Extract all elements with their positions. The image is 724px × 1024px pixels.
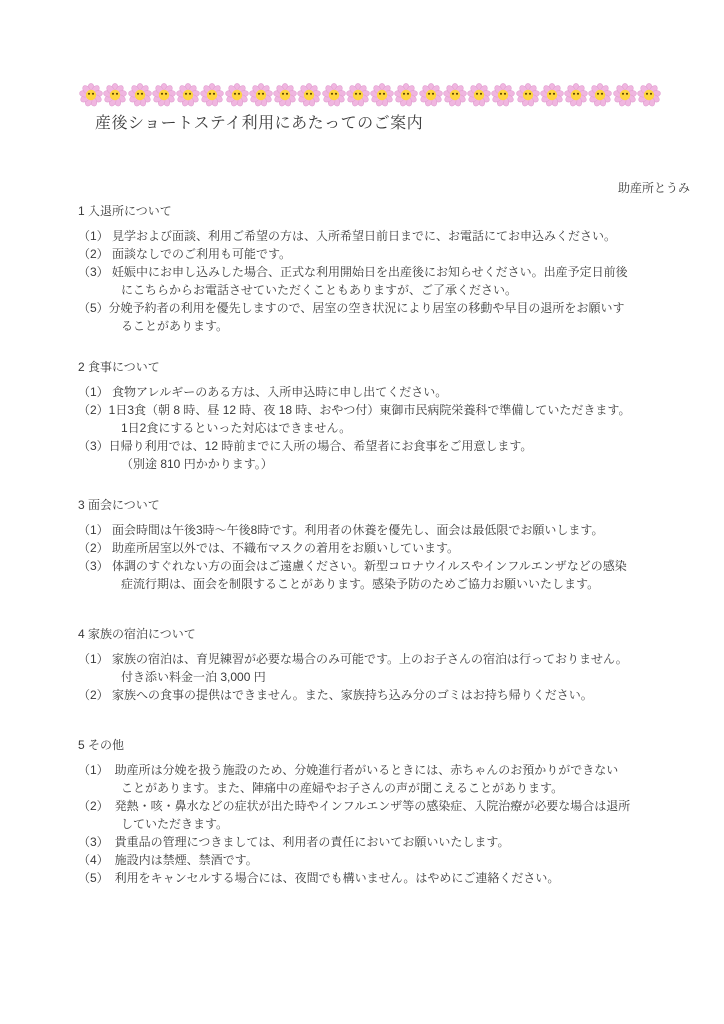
section-heading: 4 家族の宿泊について [78, 625, 630, 643]
list-item: （5） 利用をキャンセルする場合には、夜間でも構いません。はやめにご連絡ください… [78, 869, 630, 887]
list-item: （2） 家族への食事の提供はできません。また、家族持ち込み分のゴミはお持ち帰りく… [78, 686, 630, 704]
document-page: 産後ショートステイ利用にあたってのご案内 助産所とうみ 1 入退所について（1）… [0, 0, 724, 1024]
list-item-line: （1） 助産所は分娩を扱う施設のため、分娩進行者がいるときには、赤ちゃんのお預か… [78, 761, 630, 779]
list-item-line: （1） 家族の宿泊は、育児練習が必要な場合のみ可能です。上のお子さんの宿泊は行っ… [78, 650, 630, 668]
list-item: （1） 助産所は分娩を扱う施設のため、分娩進行者がいるときには、赤ちゃんのお預か… [78, 761, 630, 797]
list-item: （3） 貴重品の管理につきましては、利用者の責任においてお願いいたします。 [78, 833, 630, 851]
list-item-line: （2） 面談なしでのご利用も可能です。 [78, 245, 630, 263]
flower-icon [564, 82, 588, 108]
list-item: （1） 面会時間は午後3時～午後8時です。利用者の休養を優先し、面会は最低限でお… [78, 521, 630, 539]
section-heading: 3 面会について [78, 496, 630, 514]
list-item-line: していただきます。 [78, 815, 630, 833]
flower-icon [394, 82, 418, 108]
flower-icon [346, 82, 370, 108]
list-item-line: 1日2食にするといった対応はできません。 [78, 419, 630, 437]
organization-name: 助産所とうみ [618, 179, 690, 196]
flower-icon [297, 82, 321, 108]
flower-icon [176, 82, 200, 108]
flower-icon [516, 82, 540, 108]
flower-icon [637, 82, 661, 108]
section: 1 入退所について（1） 見学および面談、利用ご希望の方は、入所希望日前日までに… [78, 202, 630, 335]
section-heading: 2 食事について [78, 358, 630, 376]
list-item-line: 症流行期は、面会を制限することがあります。感染予防のためご協力お願いいたします。 [78, 575, 630, 593]
flower-icon [249, 82, 273, 108]
list-item-line: （1） 見学および面談、利用ご希望の方は、入所希望日前日までに、お電話にてお申込… [78, 227, 630, 245]
flower-icon [419, 82, 443, 108]
flower-icon [273, 82, 297, 108]
list-item-line: ことがあります。また、陣痛中の産婦やお子さんの声が聞こえることがあります。 [78, 779, 630, 797]
list-item-line: （2） 家族への食事の提供はできません。また、家族持ち込み分のゴミはお持ち帰りく… [78, 686, 630, 704]
flower-icon [370, 82, 394, 108]
list-item-line: （2） 発熱・咳・鼻水などの症状が出た時やインフルエンザ等の感染症、入院治療が必… [78, 797, 630, 815]
list-item: （3）日帰り利用では、12 時前までに入所の場合、希望者にお食事をご用意します。… [78, 437, 630, 473]
flower-icon [613, 82, 637, 108]
flower-icon [128, 82, 152, 108]
list-item-line: にこちらからお電話させていただくこともありますが、ご了承ください。 [78, 281, 630, 299]
list-item-line: （3） 妊娠中にお申し込みした場合、正式な利用開始日を出産後にお知らせください。… [78, 263, 630, 281]
list-item-line: （1） 食物アレルギーのある方は、入所申込時に申し出てください。 [78, 383, 630, 401]
list-item: （3） 体調のすぐれない方の面会はご遠慮ください。新型コロナウイルスやインフルエ… [78, 557, 630, 593]
flower-icon [491, 82, 515, 108]
document-body: 1 入退所について（1） 見学および面談、利用ご希望の方は、入所希望日前日までに… [78, 202, 630, 887]
list-item: （3） 妊娠中にお申し込みした場合、正式な利用開始日を出産後にお知らせください。… [78, 263, 630, 299]
section: 4 家族の宿泊について（1） 家族の宿泊は、育児練習が必要な場合のみ可能です。上… [78, 625, 630, 704]
list-item: （2） 発熱・咳・鼻水などの症状が出た時やインフルエンザ等の感染症、入院治療が必… [78, 797, 630, 833]
list-item: （1） 家族の宿泊は、育児練習が必要な場合のみ可能です。上のお子さんの宿泊は行っ… [78, 650, 630, 686]
list-item: （1） 食物アレルギーのある方は、入所申込時に申し出てください。 [78, 383, 630, 401]
flower-icon [443, 82, 467, 108]
flower-icon [200, 82, 224, 108]
list-item-line: （5） 利用をキャンセルする場合には、夜間でも構いません。はやめにご連絡ください… [78, 869, 630, 887]
flower-icon [322, 82, 346, 108]
list-item: （2）1日3食（朝 8 時、昼 12 時、夜 18 時、おやつ付）東御市民病院栄… [78, 401, 630, 437]
flower-icon [79, 82, 103, 108]
list-item-line: （3）日帰り利用では、12 時前までに入所の場合、希望者にお食事をご用意します。 [78, 437, 630, 455]
doc-title: 産後ショートステイ利用にあたってのご案内 [95, 110, 423, 133]
flower-icon [588, 82, 612, 108]
section: 5 その他（1） 助産所は分娩を扱う施設のため、分娩進行者がいるときには、赤ちゃ… [78, 736, 630, 887]
section-heading: 5 その他 [78, 736, 630, 754]
list-item: （1） 見学および面談、利用ご希望の方は、入所希望日前日までに、お電話にてお申込… [78, 227, 630, 245]
flower-icon [540, 82, 564, 108]
list-item: （5）分娩予約者の利用を優先しますので、居室の空き状況により居室の移動や早目の退… [78, 299, 630, 335]
list-item-line: （3） 体調のすぐれない方の面会はご遠慮ください。新型コロナウイルスやインフルエ… [78, 557, 630, 575]
list-item: （2） 面談なしでのご利用も可能です。 [78, 245, 630, 263]
list-item-line: （1） 面会時間は午後3時～午後8時です。利用者の休養を優先し、面会は最低限でお… [78, 521, 630, 539]
list-item-line: （2） 助産所居室以外では、不織布マスクの着用をお願いしています。 [78, 539, 630, 557]
list-item-line: 付き添い料金一泊 3,000 円 [78, 668, 630, 686]
list-item: （4） 施設内は禁煙、禁酒です。 [78, 851, 630, 869]
flower-icon [467, 82, 491, 108]
section: 3 面会について（1） 面会時間は午後3時～午後8時です。利用者の休養を優先し、… [78, 496, 630, 593]
list-item-line: （2）1日3食（朝 8 時、昼 12 時、夜 18 時、おやつ付）東御市民病院栄… [78, 401, 630, 419]
list-item-line: ることがあります。 [78, 317, 630, 335]
list-item-line: （4） 施設内は禁煙、禁酒です。 [78, 851, 630, 869]
flower-icon [152, 82, 176, 108]
list-item-line: （5）分娩予約者の利用を優先しますので、居室の空き状況により居室の移動や早目の退… [78, 299, 630, 317]
flower-icon [225, 82, 249, 108]
flower-border [79, 82, 661, 108]
list-item-line: （3） 貴重品の管理につきましては、利用者の責任においてお願いいたします。 [78, 833, 630, 851]
list-item-line: （別途 810 円かかります。） [78, 455, 630, 473]
section: 2 食事について（1） 食物アレルギーのある方は、入所申込時に申し出てください。… [78, 358, 630, 473]
flower-icon [103, 82, 127, 108]
list-item: （2） 助産所居室以外では、不織布マスクの着用をお願いしています。 [78, 539, 630, 557]
section-heading: 1 入退所について [78, 202, 630, 220]
